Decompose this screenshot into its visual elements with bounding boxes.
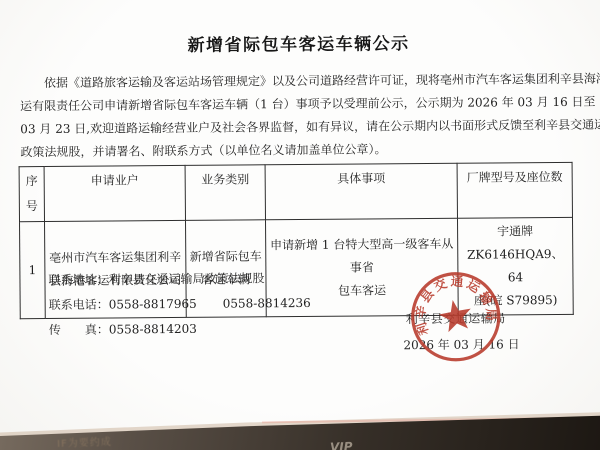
- notice-paragraph: 依据《道路旅客运输及客运站场管理规定》以及公司道路经营许可证，现将亳州市汽车客运…: [20, 68, 581, 164]
- document-photo: 新增省际包车客运车辆公示 依据《道路旅客运输及客运站场管理规定》以及公司道路经营…: [0, 0, 600, 450]
- official-seal: 利辛县交通运输局: [403, 264, 508, 369]
- contact-address-line: 联系地址：利辛县交通运输局政策法规股: [48, 266, 310, 293]
- cell-business-line: 新增省际包车: [189, 245, 262, 269]
- contact-block: 联系地址：利辛县交通运输局政策法规股 联系电话：0558-88179650558…: [48, 266, 311, 343]
- cell-seq: 1: [20, 222, 46, 319]
- page-title: 新增省际包车客运车辆公示: [0, 28, 599, 58]
- table-header-applicant: 申请业户: [44, 165, 185, 221]
- contact-phone-label: 联系电话：: [49, 298, 109, 312]
- contact-fax-label: 传 真：: [49, 323, 109, 337]
- contact-fax-line: 传 真：0558-8814203: [49, 316, 311, 343]
- seal-star: [437, 297, 474, 333]
- contact-phone-1: 0558-8817965: [109, 297, 197, 312]
- contact-phone-line: 联系电话：0558-88179650558-8814236: [49, 291, 311, 318]
- contact-phone-2: 0558-8814236: [223, 296, 311, 311]
- document-page: 新增省际包车客运车辆公示 依据《道路旅客运输及客运站场管理规定》以及公司道路经营…: [0, 0, 600, 450]
- contact-address-value: 利辛县交通运输局政策法规股: [108, 271, 264, 286]
- paragraph-line: 政策法规股，并请署名、附联系方式（以单位名义请加盖单位公章）。: [20, 137, 580, 164]
- desk-background-text: IF为要约成: [57, 433, 112, 450]
- table-header-details: 具体事项: [265, 163, 457, 220]
- contact-fax-value: 0558-8814203: [109, 322, 197, 337]
- table-header-row: 序号 申请业户 业务类别 具体事项 厂牌型号及座位数: [19, 162, 572, 221]
- desk-vip-text: VIP: [330, 440, 353, 450]
- table-header-seq: 序号: [19, 167, 44, 222]
- contact-address-label: 联系地址：: [48, 273, 108, 287]
- table-header-business-type: 业务类别: [185, 165, 265, 221]
- paragraph-line: 03 月 23 日,欢迎道路运输经营业户及社会各界监督，如有异议，请在公示期内以…: [20, 114, 580, 141]
- table-header-vehicle-model: 厂牌型号及座位数: [457, 162, 572, 218]
